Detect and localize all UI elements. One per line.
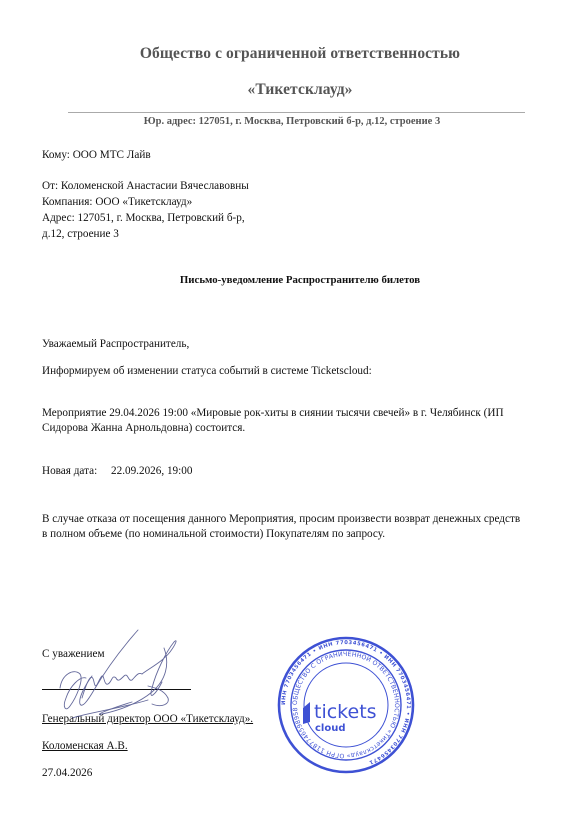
company-stamp: ИНН 7703456471 • ИНН 7703456471 • ИНН 77…: [277, 636, 415, 774]
greeting: Уважаемый Распространитель,: [42, 336, 189, 352]
refund-line-2: в полном объеме (по номинальной стоимост…: [42, 526, 385, 542]
refund-line-1: В случае отказа от посещения данного Мер…: [42, 511, 520, 527]
sender-address-line-1: Адрес: 127051, г. Москва, Петровский б-р…: [42, 210, 245, 226]
header-divider: [68, 112, 525, 113]
sender-address-line-2: д.12, строение 3: [42, 226, 119, 242]
letter-heading: Письмо-уведомление Распространителю биле…: [0, 274, 584, 286]
event-line-2: Сидорова Жанна Арнольдовна) состоится.: [42, 420, 245, 436]
svg-text:cloud: cloud: [315, 723, 346, 734]
handwritten-signature: [52, 628, 192, 723]
new-date-value: 22.09.2026, 19:00: [111, 463, 192, 479]
intro-text: Информируем об изменении статуса событий…: [42, 363, 372, 379]
recipient-line: Кому: ООО МТС Лайв: [42, 147, 151, 163]
event-line-1: Мероприятие 29.04.2026 19:00 «Мировые ро…: [42, 405, 504, 421]
company-name-line-2: «Тикетсклауд»: [0, 81, 584, 99]
new-date-label: Новая дата:: [42, 463, 97, 479]
company-name-line-1: Общество с ограниченной ответственностью: [0, 45, 584, 63]
legal-address: Юр. адрес: 127051, г. Москва, Петровский…: [0, 116, 584, 127]
signature-date: 27.04.2026: [42, 765, 92, 781]
svg-text:tickets: tickets: [314, 701, 377, 723]
sender-company: Компания: ООО «Тикетсклауд»: [42, 194, 192, 210]
ticketscloud-logo-icon: tickets cloud: [303, 701, 377, 734]
sender-from: От: Коломенской Анастасии Вячеславовны: [42, 178, 249, 194]
signer-name: Коломенская А.В.: [42, 738, 128, 754]
